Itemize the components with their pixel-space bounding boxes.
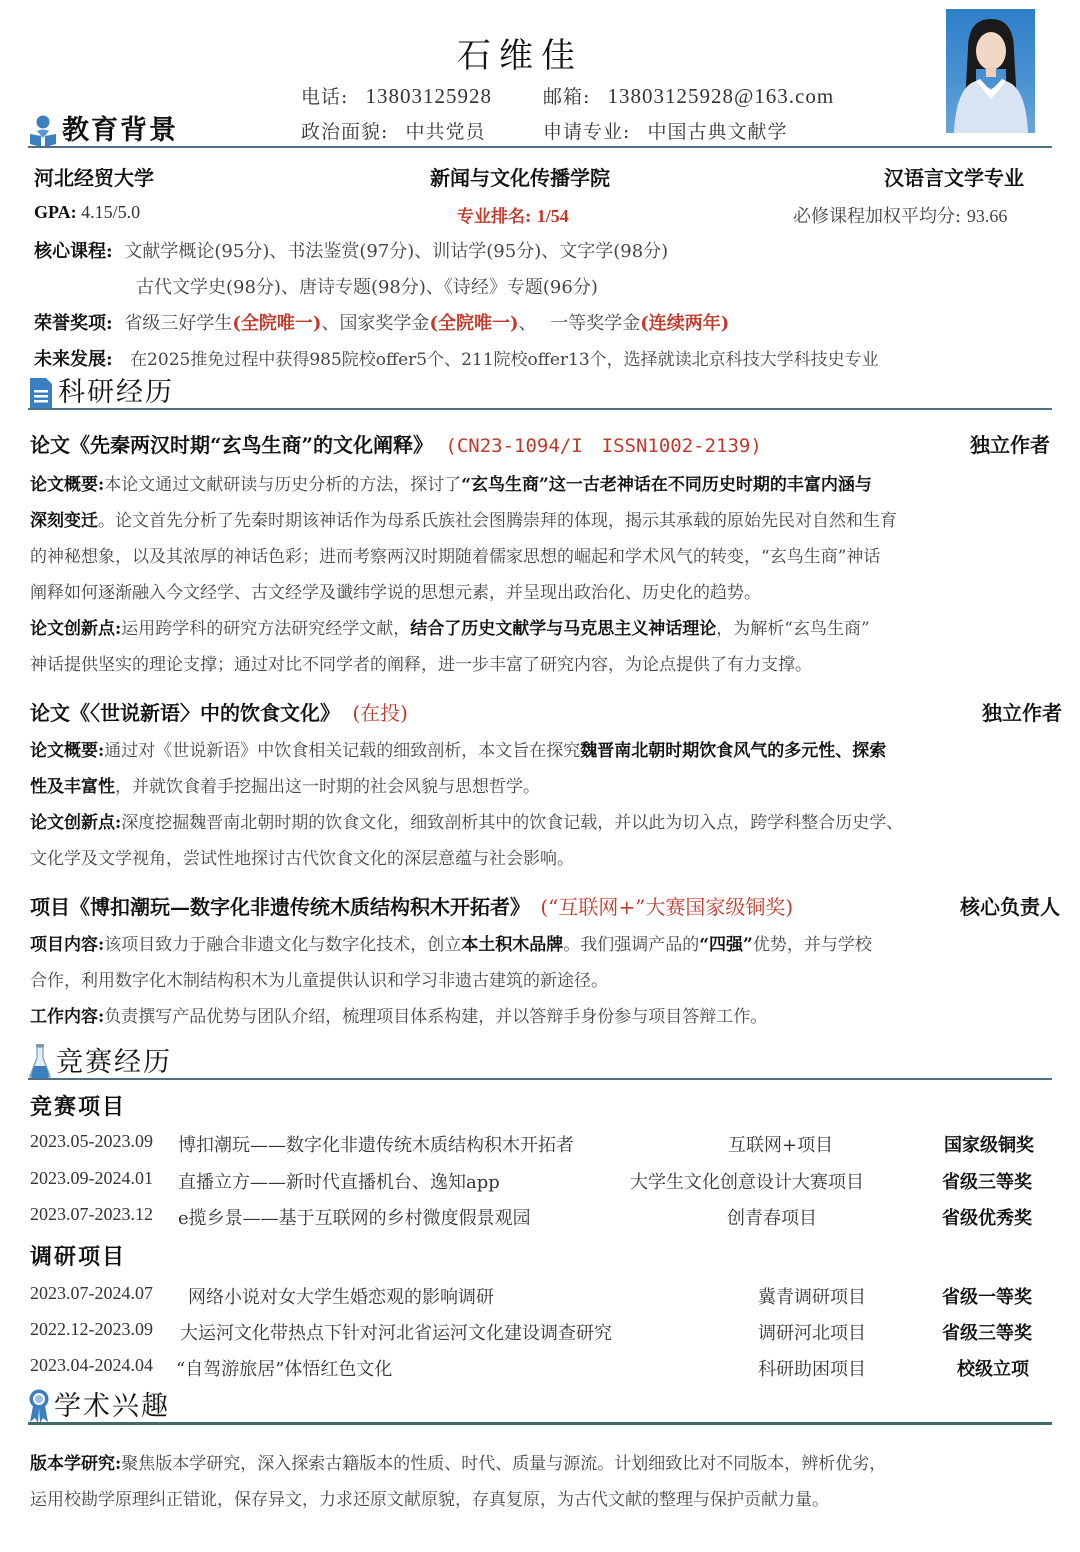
weighted-label: 必修课程加权平均分: <box>793 206 961 227</box>
paper-2-innovation-line-2: 文化学及文学视角，尝试性地探讨古代饮食文化的深层意蕴与社会影响。 <box>30 844 574 869</box>
innovation-label: 论文创新点: <box>30 619 121 639</box>
student-icon <box>28 114 58 148</box>
interest-label: 版本学研究: <box>30 1454 121 1474</box>
summary-text: 本论文通过文献研读与历史分析的方法，探讨了 <box>104 475 461 495</box>
rank-value: 1/54 <box>537 206 569 226</box>
flask-icon <box>28 1042 52 1080</box>
contest-date: 2023.07-2023.12 <box>30 1204 153 1225</box>
contest-date: 2023.05-2023.09 <box>30 1131 153 1152</box>
honor-note: (全院唯一) <box>232 313 321 334</box>
contest-date: 2023.09-2024.01 <box>30 1168 153 1189</box>
honors-row: 荣誉奖项: 省级三好学生(全院唯一)、国家奖学金(全院唯一)、 一等奖学金(连续… <box>34 309 729 335</box>
summary-text: 。论文首先分析了先秦时期该神话作为母系氏族社会图腾崇拜的体现，揭示其承载的原始先… <box>98 511 897 531</box>
paper-status: (在投) <box>352 701 408 725</box>
honor-note: (全院唯一) <box>429 313 518 334</box>
apply-value: 中国古典文献学 <box>647 121 787 143</box>
survey-type: 科研助困项目 <box>758 1355 866 1381</box>
college-name: 新闻与文化传播学院 <box>430 162 610 191</box>
paper-2-summary-line-2: 性及丰富性，并就饮食着手挖掘出这一时期的社会风貌与思想哲学。 <box>30 772 540 797</box>
survey-award: 校级立项 <box>957 1355 1029 1381</box>
innovation-label: 论文创新点: <box>30 813 121 833</box>
paper-2-summary-line-1: 论文概要:通过对《世说新语》中饮食相关记载的细致剖析，本文旨在探究魏晋南北朝时期… <box>30 736 886 761</box>
paper-1-summary-line-3: 的神秘想象，以及其浓厚的神话色彩；进而考察两汉时期随着儒家思想的崛起和学术风气的… <box>30 542 880 567</box>
paper-title: 论文《〈世说新语〉中的饮食文化》 <box>30 701 340 725</box>
gpa-label: GPA: <box>34 202 77 222</box>
major-name: 汉语言文学专业 <box>884 162 1024 191</box>
section-divider <box>28 408 1052 410</box>
email-label: 邮箱: <box>543 86 590 108</box>
project-work-row: 工作内容:负责撰写产品优势与团队介绍，梳理项目体系构建，并以答辩手身份参与项目答… <box>30 1002 767 1027</box>
portrait-icon <box>946 9 1035 133</box>
survey-name: “自驾游旅居”体悟红色文化 <box>176 1355 392 1381</box>
survey-date: 2023.07-2024.07 <box>30 1283 153 1304</box>
summary-label: 论文概要: <box>30 741 104 761</box>
section-divider <box>28 1078 1052 1080</box>
contest-award: 省级优秀奖 <box>942 1204 1032 1230</box>
apply-row: 申请专业: 中国古典文献学 <box>543 117 787 144</box>
future-value: 在2025推免过程中获得985院校offer5个、211院校offer13个，选… <box>130 350 879 370</box>
section-title: 学术兴趣 <box>54 1390 170 1424</box>
interest-line-1: 版本学研究:聚焦版本学研究，深入探索古籍版本的性质、时代、质量与源流。计划细致比… <box>30 1449 886 1474</box>
interest-text: 聚焦版本学研究，深入探索古籍版本的性质、时代、质量与源流。计划细致比对不同版本，… <box>121 1454 886 1474</box>
weighted-row: 必修课程加权平均分: 93.66 <box>793 202 1007 228</box>
summary-highlight: 性及丰富性 <box>30 777 115 797</box>
school-name: 河北经贸大学 <box>34 162 154 191</box>
paper-1-summary-line-4: 阐释如何逐渐融入今文经学、古文经学及谶纬学说的思想元素，并呈现出政治化、历史化的… <box>30 578 761 603</box>
section-divider <box>28 1422 1052 1425</box>
email-value: 13803125928@163.com <box>607 84 834 108</box>
honor-item: 国家奖学金 <box>339 313 429 334</box>
section-header-interest: 学术兴趣 <box>28 1384 170 1424</box>
survey-type: 调研河北项目 <box>758 1319 866 1345</box>
survey-date: 2023.04-2024.04 <box>30 1355 153 1376</box>
courses-label: 核心课程: <box>34 241 113 262</box>
content-text: 优势，并与学校 <box>753 935 872 955</box>
separator: 、 <box>321 313 339 334</box>
courses-line-1: 文献学概论(95分)、书法鉴赏(97分)、训诂学(95分)、文字学(98分) <box>124 241 668 262</box>
project-title: 项目《博扣潮玩—数字化非遗传统木质结构积木开拓者》 <box>30 895 530 919</box>
section-title: 科研经历 <box>58 376 174 410</box>
document-icon <box>28 376 54 410</box>
phone-row: 电话: 13803125928 <box>301 82 492 109</box>
contest-award: 国家级铜奖 <box>944 1131 1034 1157</box>
summary-text: 通过对《世说新语》中饮食相关记载的细致剖析，本文旨在探究 <box>104 741 580 761</box>
rank-row: 专业排名: 1/54 <box>457 202 569 227</box>
political-label: 政治面貌: <box>301 121 388 143</box>
candidate-name: 石维佳 <box>0 28 1040 77</box>
survey-award: 省级一等奖 <box>942 1283 1032 1309</box>
interest-line-2: 运用校勘学原理纠正错讹，保存异文，力求还原文献原貌，存真复原，为古代文献的整理与… <box>30 1485 829 1510</box>
contest-award: 省级三等奖 <box>942 1168 1032 1194</box>
survey-award: 省级三等奖 <box>942 1319 1032 1345</box>
survey-name: 网络小说对女大学生婚恋观的影响调研 <box>188 1283 494 1309</box>
section-header-education: 教育背景 <box>28 108 178 148</box>
survey-date: 2022.12-2023.09 <box>30 1319 153 1340</box>
contest-name: 博扣潮玩——数字化非遗传统木质结构积木开拓者 <box>178 1131 574 1157</box>
honor-item: 省级三好学生 <box>124 313 232 334</box>
future-row: 未来发展: 在2025推免过程中获得985院校offer5个、211院校offe… <box>34 345 879 371</box>
paper-1-title-row: 论文《先秦两汉时期“玄鸟生商”的文化阐释》 (CN23-1094/I ISSN1… <box>30 429 762 458</box>
phone-value: 13803125928 <box>365 84 492 108</box>
political-row: 政治面貌: 中共党员 <box>301 117 485 144</box>
paper-title: 论文《先秦两汉时期“玄鸟生商”的文化阐释》 <box>30 433 433 457</box>
work-label: 工作内容: <box>30 1007 104 1027</box>
content-label: 项目内容: <box>30 935 104 955</box>
weighted-value: 93.66 <box>967 206 1008 226</box>
paper-2-innovation-line-1: 论文创新点:深度挖掘魏晋南北朝时期的饮食文化，细致剖析其中的饮食记载，并以此为切… <box>30 808 903 833</box>
content-text: 。我们强调产品的 <box>563 935 699 955</box>
courses-line-2: 古代文学史(98分)、唐诗专题(98分)、《诗经》专题(96分) <box>136 273 598 299</box>
paper-role: 独立作者 <box>970 429 1050 458</box>
section-title: 教育背景 <box>62 114 178 148</box>
section-divider <box>28 146 1052 148</box>
profile-photo <box>946 9 1035 133</box>
gpa-row: GPA: 4.15/5.0 <box>34 202 140 223</box>
innovation-text: 深度挖掘魏晋南北朝时期的饮食文化，细致剖析其中的饮食记载，并以此为切入点，跨学科… <box>121 813 903 833</box>
innovation-text: 运用跨学科的研究方法研究经学文献， <box>121 619 410 639</box>
project-award: (“互联网+”大赛国家级铜奖) <box>540 895 793 919</box>
contest-name: 直播立方——新时代直播机台、逸知app <box>178 1168 500 1194</box>
separator: 、 <box>518 313 542 334</box>
project-title-row: 项目《博扣潮玩—数字化非遗传统木质结构积木开拓者》 (“互联网+”大赛国家级铜奖… <box>30 891 793 920</box>
email-row: 邮箱: 13803125928@163.com <box>543 82 834 109</box>
award-ribbon-icon <box>28 1388 50 1424</box>
paper-role: 独立作者 <box>982 697 1062 726</box>
honor-note: (连续两年) <box>640 313 729 334</box>
contest-type: 互联网+项目 <box>728 1131 833 1157</box>
paper-code: (CN23-1094/I ISSN1002-2139) <box>445 435 761 457</box>
project-role: 核心负责人 <box>960 891 1060 920</box>
section-title: 竞赛经历 <box>56 1046 172 1080</box>
survey-type: 冀青调研项目 <box>758 1283 866 1309</box>
rank-label: 专业排名: <box>457 207 531 227</box>
survey-name: 大运河文化带热点下针对河北省运河文化建设调查研究 <box>180 1319 612 1345</box>
content-highlight: “四强” <box>699 935 753 955</box>
gpa-value: 4.15/5.0 <box>81 202 140 222</box>
innovation-text: ，为解析“玄鸟生商” <box>716 619 869 639</box>
political-value: 中共党员 <box>405 121 485 143</box>
paper-2-title-row: 论文《〈世说新语〉中的饮食文化》 (在投) <box>30 697 408 726</box>
section-header-research: 科研经历 <box>28 370 174 410</box>
courses-row: 核心课程: 文献学概论(95分)、书法鉴赏(97分)、训诂学(95分)、文字学(… <box>34 237 668 263</box>
paper-1-summary-line-2: 深刻变迁。论文首先分析了先秦时期该神话作为母系氏族社会图腾崇拜的体现，揭示其承载… <box>30 506 897 531</box>
honors-label: 荣誉奖项: <box>34 313 113 334</box>
contest-subtitle: 竞赛项目 <box>30 1090 126 1121</box>
honor-item: 一等奖学金 <box>550 313 640 334</box>
contest-type: 大学生文化创意设计大赛项目 <box>630 1168 864 1194</box>
apply-label: 申请专业: <box>543 121 630 143</box>
summary-label: 论文概要: <box>30 475 104 495</box>
paper-1-summary-line-1: 论文概要:本论文通过文献研读与历史分析的方法，探讨了“玄鸟生商”这一古老神话在不… <box>30 470 872 495</box>
summary-highlight: 魏晋南北朝时期饮食风气的多元性、探索 <box>580 741 886 761</box>
paper-1-innovation-line-1: 论文创新点:运用跨学科的研究方法研究经学文献，结合了历史文献学与马克思主义神话理… <box>30 614 870 639</box>
summary-highlight: “玄鸟生商”这一古老神话在不同历史时期的丰富内涵与 <box>461 475 872 495</box>
phone-label: 电话: <box>301 86 348 108</box>
work-text: 负责撰写产品优势与团队介绍，梳理项目体系构建，并以答辩手身份参与项目答辩工作。 <box>104 1007 767 1027</box>
content-highlight: 本土积木品牌 <box>461 935 563 955</box>
paper-1-innovation-line-2: 神话提供坚实的理论支撑；通过对比不同学者的阐释，进一步丰富了研究内容，为论点提供… <box>30 650 812 675</box>
future-label: 未来发展: <box>34 349 113 370</box>
contest-name: e揽乡景——基于互联网的乡村微度假景观园 <box>178 1204 531 1230</box>
project-content-line-1: 项目内容:该项目致力于融合非遗文化与数字化技术，创立本土积木品牌。我们强调产品的… <box>30 930 872 955</box>
innovation-highlight: 结合了历史文献学与马克思主义神话理论 <box>410 619 716 639</box>
project-content-line-2: 合作，利用数字化木制结构积木为儿童提供认识和学习非遗古建筑的新途径。 <box>30 966 608 991</box>
summary-text: ，并就饮食着手挖掘出这一时期的社会风貌与思想哲学。 <box>115 777 540 797</box>
survey-subtitle: 调研项目 <box>30 1240 126 1271</box>
contest-type: 创青春项目 <box>727 1204 817 1230</box>
section-header-competition: 竞赛经历 <box>28 1040 172 1080</box>
content-text: 该项目致力于融合非遗文化与数字化技术，创立 <box>104 935 461 955</box>
summary-highlight: 深刻变迁 <box>30 511 98 531</box>
